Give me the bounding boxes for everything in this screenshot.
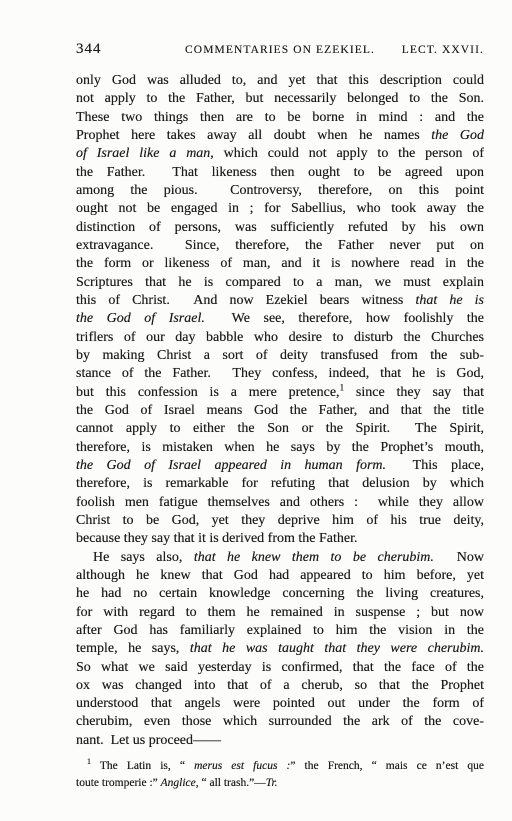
text-segment: This place, <box>386 458 484 473</box>
text-segment: ” the French, “ mais ce n’est que <box>290 760 484 772</box>
text-line: foolish men fatigue themselves and other… <box>76 494 484 512</box>
italic-text-segment: the God <box>431 128 484 143</box>
footnote: 1 The Latin is, “ merus est fucus :” the… <box>76 758 484 792</box>
body-text: only God was alluded to, and yet that th… <box>76 72 484 750</box>
text-line: Christ to be God, yet they deprive him o… <box>76 512 484 530</box>
text-line: after God has familiarly explained to hi… <box>76 622 484 640</box>
text-line: These two things then are to be borne in… <box>76 109 484 127</box>
text-line: So what we said yesterday is confirmed, … <box>76 659 484 677</box>
text-line: the form or likeness of man, and it is n… <box>76 255 484 273</box>
text-segment: stance of the Father. They confess, inde… <box>76 366 484 381</box>
text-segment: ox was changed into that of a cherub, so… <box>76 678 484 693</box>
text-segment: which could not apply to the person of <box>214 146 484 161</box>
text-segment: since they say that <box>344 385 484 400</box>
lecture-label: LECT. XXVII. <box>402 44 484 56</box>
text-segment: although he knew that God had appeared t… <box>76 568 484 583</box>
text-segment: cherubim, even those which surrounded th… <box>76 714 484 729</box>
text-segment: for with regard to them he remained in s… <box>76 605 484 620</box>
text-segment: therefore, is remarkable for refuting th… <box>76 476 484 491</box>
text-line: this of Christ. And now Ezekiel bears wi… <box>76 292 484 310</box>
text-line: distinction of persons, was sufficiently… <box>76 219 484 237</box>
text-segment: So what we said yesterday is confirmed, … <box>76 660 484 675</box>
text-line: among the pious. Controversy, therefore,… <box>76 182 484 200</box>
text-segment: Scriptures that he is compared to a man,… <box>76 275 484 290</box>
text-segment: only God was alluded to, and yet that th… <box>76 73 484 88</box>
text-segment: ought not be engaged in ; for Sabellius,… <box>76 201 484 216</box>
text-segment: but this confession is a mere pretence, <box>76 385 340 400</box>
italic-text-segment: that he knew them to be cherubim. <box>194 550 434 565</box>
text-segment: We see, therefore, how foolishly the <box>205 311 484 326</box>
text-line: cannot apply to either the Son or the Sp… <box>76 420 484 438</box>
running-header: 344 COMMENTARIES ON EZEKIEL. LECT. XXVII… <box>76 40 484 58</box>
text-line: the Father. That likeness then ought to … <box>76 164 484 182</box>
text-line: although he knew that God had appeared t… <box>76 567 484 585</box>
italic-text-segment: merus est fucus : <box>194 760 290 772</box>
text-line: the God of Israel means God the Father, … <box>76 402 484 420</box>
italic-text-segment: Tr. <box>266 777 278 789</box>
text-segment: extravagance. Since, therefore, the Fath… <box>76 238 484 253</box>
text-line: He says also, that he knew them to be ch… <box>76 549 484 567</box>
text-line: toute tromperie :” Anglice, “ all trash.… <box>76 775 484 792</box>
text-segment: because they say that it is derived from… <box>76 531 357 546</box>
italic-text-segment: the God of Israel appeared in human form… <box>76 458 386 473</box>
text-line: he had no certain knowledge concerning t… <box>76 585 484 603</box>
text-segment: cannot apply to either the Son or the Sp… <box>76 421 484 436</box>
text-segment: he had no certain knowledge concerning t… <box>76 586 484 601</box>
italic-text-segment: the God of Israel. <box>76 311 205 326</box>
text-segment: understood that angels were pointed out … <box>76 696 484 711</box>
text-line: therefore, is mistaken when he says by t… <box>76 439 484 457</box>
text-segment: therefore, is mistaken when he says by t… <box>76 440 484 455</box>
text-line: stance of the Father. They confess, inde… <box>76 365 484 383</box>
text-line: nant. Let us proceed—— <box>76 732 484 750</box>
italic-text-segment: Anglice, <box>161 777 199 789</box>
running-title: COMMENTARIES ON EZEKIEL. <box>185 44 375 56</box>
text-line: Scriptures that he is compared to a man,… <box>76 274 484 292</box>
text-line: the God of Israel. We see, therefore, ho… <box>76 310 484 328</box>
book-page: 344 COMMENTARIES ON EZEKIEL. LECT. XXVII… <box>0 0 512 821</box>
text-segment: after God has familiarly explained to hi… <box>76 623 484 638</box>
text-line: only God was alluded to, and yet that th… <box>76 72 484 90</box>
text-segment: by making Christ a sort of deity transfu… <box>76 348 484 363</box>
text-segment: among the pious. Controversy, therefore,… <box>76 183 484 198</box>
italic-text-segment: that he is <box>415 293 484 308</box>
paragraph: only God was alluded to, and yet that th… <box>76 72 484 549</box>
text-segment: the form or likeness of man, and it is n… <box>76 256 484 271</box>
text-segment: Prophet here takes away all doubt when h… <box>76 128 431 143</box>
text-line: of Israel like a man, which could not ap… <box>76 145 484 163</box>
text-line: not apply to the Father, but necessarily… <box>76 90 484 108</box>
italic-text-segment: of Israel like a man, <box>76 146 214 161</box>
text-line: temple, he says, that he was taught that… <box>76 640 484 658</box>
text-line: triflers of our day babble who desire to… <box>76 329 484 347</box>
text-segment: foolish men fatigue themselves and other… <box>76 495 484 510</box>
text-segment: nant. Let us proceed—— <box>76 733 221 748</box>
text-segment: not apply to the Father, but necessarily… <box>76 91 484 106</box>
text-line: ox was changed into that of a cherub, so… <box>76 677 484 695</box>
text-segment: the Father. That likeness then ought to … <box>76 165 484 180</box>
text-line: Prophet here takes away all doubt when h… <box>76 127 484 145</box>
text-line: understood that angels were pointed out … <box>76 695 484 713</box>
text-segment: Now <box>434 550 484 565</box>
text-line: by making Christ a sort of deity transfu… <box>76 347 484 365</box>
text-line: for with regard to them he remained in s… <box>76 604 484 622</box>
text-line: but this confession is a mere pretence,1… <box>76 384 484 402</box>
text-segment: These two things then are to be borne in… <box>76 110 484 125</box>
text-segment: “ all trash.”— <box>199 777 266 789</box>
paragraph: He says also, that he knew them to be ch… <box>76 549 484 751</box>
text-segment: The Latin is, “ <box>91 760 194 772</box>
text-segment: temple, he says, <box>76 641 190 656</box>
text-segment: Christ to be God, yet they deprive him o… <box>76 513 484 528</box>
text-segment: this of Christ. And now Ezekiel bears wi… <box>76 293 415 308</box>
text-segment: He says also, <box>93 550 194 565</box>
text-line: 1 The Latin is, “ merus est fucus :” the… <box>76 758 484 775</box>
text-line: because they say that it is derived from… <box>76 530 484 548</box>
text-line: therefore, is remarkable for refuting th… <box>76 475 484 493</box>
text-line: the God of Israel appeared in human form… <box>76 457 484 475</box>
italic-text-segment: that he was taught that they were cherub… <box>190 641 484 656</box>
text-segment: the God of Israel means God the Father, … <box>76 403 484 418</box>
text-line: ought not be engaged in ; for Sabellius,… <box>76 200 484 218</box>
text-segment: distinction of persons, was sufficiently… <box>76 220 484 235</box>
text-segment: toute tromperie :” <box>76 777 161 789</box>
text-segment: triflers of our day babble who desire to… <box>76 330 484 345</box>
text-line: extravagance. Since, therefore, the Fath… <box>76 237 484 255</box>
page-number: 344 <box>76 41 102 57</box>
text-line: cherubim, even those which surrounded th… <box>76 713 484 731</box>
